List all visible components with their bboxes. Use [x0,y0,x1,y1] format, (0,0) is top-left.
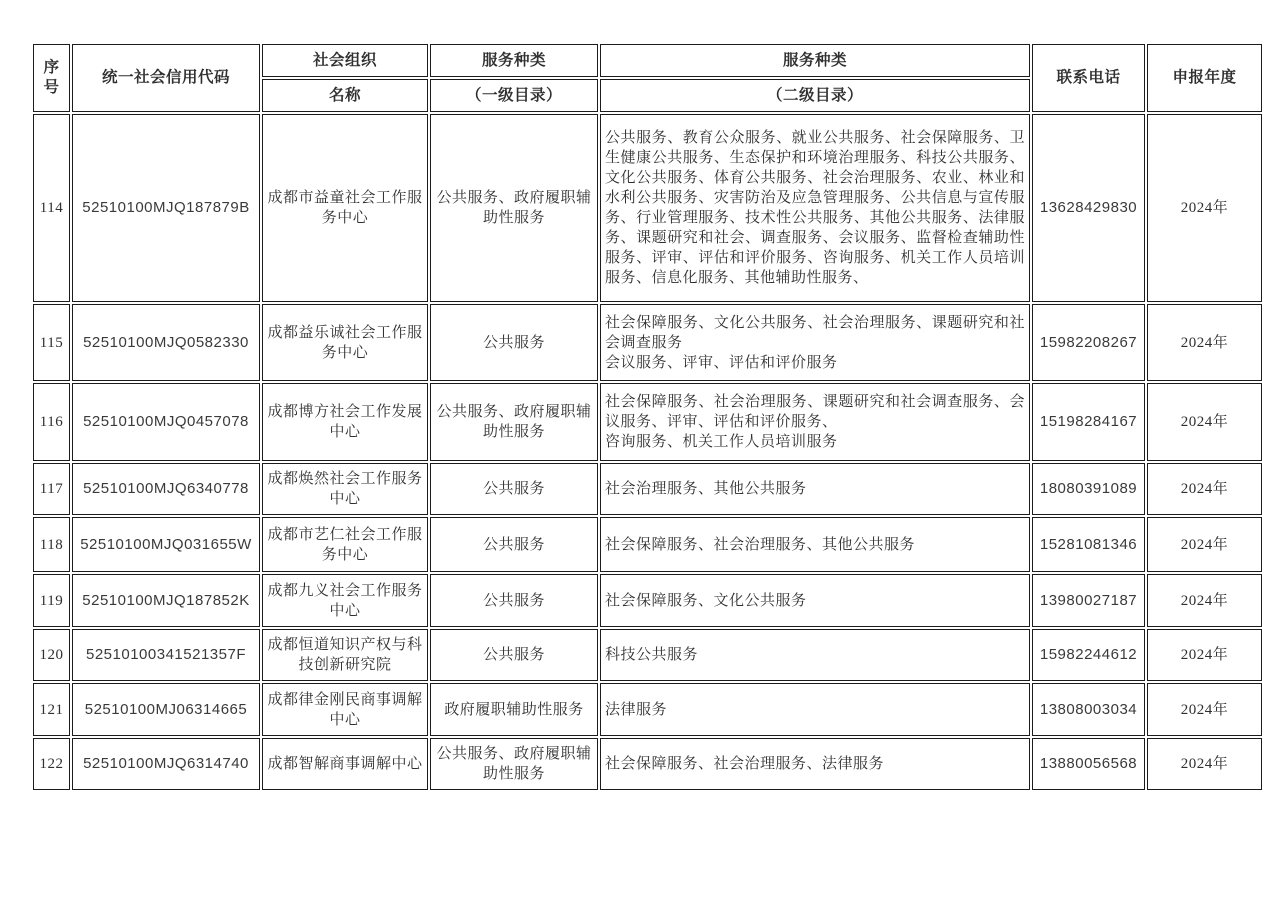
col-header-svc1-line1: 服务种类 [430,44,598,77]
cell-service-level2: 社会保障服务、社会治理服务、其他公共服务 [600,517,1030,572]
cell-year: 2024年 [1147,629,1262,681]
cell-credit-code: 52510100MJQ0457078 [72,383,260,461]
cell-phone: 13880056568 [1032,738,1145,790]
cell-org-name: 成都律金刚民商事调解中心 [262,683,428,736]
cell-org-name: 成都益乐诚社会工作服务中心 [262,304,428,381]
cell-service-level1: 公共服务 [430,463,598,515]
col-header-org-line2: 名称 [262,79,428,112]
cell-service-level1: 公共服务、政府履职辅助性服务 [430,114,598,302]
cell-credit-code: 52510100MJQ6340778 [72,463,260,515]
col-header-svc2-line2: （二级目录） [600,79,1030,112]
table-row-122: 122 52510100MJQ6314740 成都智解商事调解中心 公共服务、政… [33,738,1262,790]
cell-no: 114 [33,114,70,302]
col-header-svc2-line1: 服务种类 [600,44,1030,77]
col-header-year: 申报年度 [1147,44,1262,112]
table-row-117: 117 52510100MJQ6340778 成都焕然社会工作服务中心 公共服务… [33,463,1262,515]
cell-year: 2024年 [1147,383,1262,461]
cell-service-level1: 公共服务 [430,517,598,572]
cell-org-name: 成都市益童社会工作服务中心 [262,114,428,302]
cell-service-level1: 公共服务 [430,629,598,681]
cell-credit-code: 52510100MJQ031655W [72,517,260,572]
cell-year: 2024年 [1147,738,1262,790]
header-row-1: 序号 统一社会信用代码 社会组织 服务种类 服务种类 联系电话 申报年度 [33,44,1262,77]
cell-phone: 15982208267 [1032,304,1145,381]
cell-service-level2: 社会保障服务、社会治理服务、课题研究和社会调查服务、会议服务、评审、评估和评价服… [600,383,1030,461]
col-header-svc1-line2: （一级目录） [430,79,598,112]
cell-service-level2: 社会保障服务、文化公共服务、社会治理服务、课题研究和社会调查服务 会议服务、评审… [600,304,1030,381]
cell-org-name: 成都九义社会工作服务中心 [262,574,428,627]
cell-org-name: 成都恒道知识产权与科技创新研究院 [262,629,428,681]
cell-phone: 18080391089 [1032,463,1145,515]
cell-credit-code: 52510100MJ06314665 [72,683,260,736]
cell-phone: 13808003034 [1032,683,1145,736]
cell-year: 2024年 [1147,574,1262,627]
cell-phone: 13980027187 [1032,574,1145,627]
table-row-116: 116 52510100MJQ0457078 成都博方社会工作发展中心 公共服务… [33,383,1262,461]
cell-service-level1: 政府履职辅助性服务 [430,683,598,736]
cell-phone: 15281081346 [1032,517,1145,572]
cell-phone: 15982244612 [1032,629,1145,681]
table-row-115: 115 52510100MJQ0582330 成都益乐诚社会工作服务中心 公共服… [33,304,1262,381]
cell-service-level1: 公共服务、政府履职辅助性服务 [430,383,598,461]
table-row-119: 119 52510100MJQ187852K 成都九义社会工作服务中心 公共服务… [33,574,1262,627]
cell-credit-code: 52510100MJQ187879B [72,114,260,302]
cell-credit-code: 52510100MJQ6314740 [72,738,260,790]
cell-phone: 13628429830 [1032,114,1145,302]
cell-org-name: 成都市艺仁社会工作服务中心 [262,517,428,572]
table-row-120: 120 52510100341521357F 成都恒道知识产权与科技创新研究院 … [33,629,1262,681]
cell-no: 115 [33,304,70,381]
cell-service-level2: 社会保障服务、社会治理服务、法律服务 [600,738,1030,790]
cell-credit-code: 52510100MJQ187852K [72,574,260,627]
cell-no: 119 [33,574,70,627]
table-body: 114 52510100MJQ187879B 成都市益童社会工作服务中心 公共服… [33,114,1262,790]
cell-service-level1: 公共服务 [430,304,598,381]
table-header: 序号 统一社会信用代码 社会组织 服务种类 服务种类 联系电话 申报年度 名称 … [33,44,1262,112]
cell-service-level2: 法律服务 [600,683,1030,736]
cell-service-level1: 公共服务 [430,574,598,627]
cell-year: 2024年 [1147,463,1262,515]
cell-phone: 15198284167 [1032,383,1145,461]
table-row-114: 114 52510100MJQ187879B 成都市益童社会工作服务中心 公共服… [33,114,1262,302]
cell-year: 2024年 [1147,114,1262,302]
col-header-org-line1: 社会组织 [262,44,428,77]
table-row-118: 118 52510100MJQ031655W 成都市艺仁社会工作服务中心 公共服… [33,517,1262,572]
col-header-no: 序号 [33,44,70,112]
col-header-credit-code: 统一社会信用代码 [72,44,260,112]
cell-no: 118 [33,517,70,572]
cell-no: 121 [33,683,70,736]
document-page: 序号 统一社会信用代码 社会组织 服务种类 服务种类 联系电话 申报年度 名称 … [0,0,1280,905]
cell-no: 122 [33,738,70,790]
cell-no: 120 [33,629,70,681]
cell-service-level2: 社会治理服务、其他公共服务 [600,463,1030,515]
cell-no: 117 [33,463,70,515]
cell-service-level2: 科技公共服务 [600,629,1030,681]
cell-year: 2024年 [1147,683,1262,736]
cell-credit-code: 52510100341521357F [72,629,260,681]
cell-year: 2024年 [1147,517,1262,572]
cell-service-level1: 公共服务、政府履职辅助性服务 [430,738,598,790]
cell-credit-code: 52510100MJQ0582330 [72,304,260,381]
cell-no: 116 [33,383,70,461]
col-header-phone: 联系电话 [1032,44,1145,112]
cell-org-name: 成都博方社会工作发展中心 [262,383,428,461]
cell-year: 2024年 [1147,304,1262,381]
cell-service-level2: 公共服务、教育公众服务、就业公共服务、社会保障服务、卫生健康公共服务、生态保护和… [600,114,1030,302]
service-organizations-table: 序号 统一社会信用代码 社会组织 服务种类 服务种类 联系电话 申报年度 名称 … [31,42,1264,792]
cell-service-level2: 社会保障服务、文化公共服务 [600,574,1030,627]
cell-org-name: 成都焕然社会工作服务中心 [262,463,428,515]
table-row-121: 121 52510100MJ06314665 成都律金刚民商事调解中心 政府履职… [33,683,1262,736]
cell-org-name: 成都智解商事调解中心 [262,738,428,790]
